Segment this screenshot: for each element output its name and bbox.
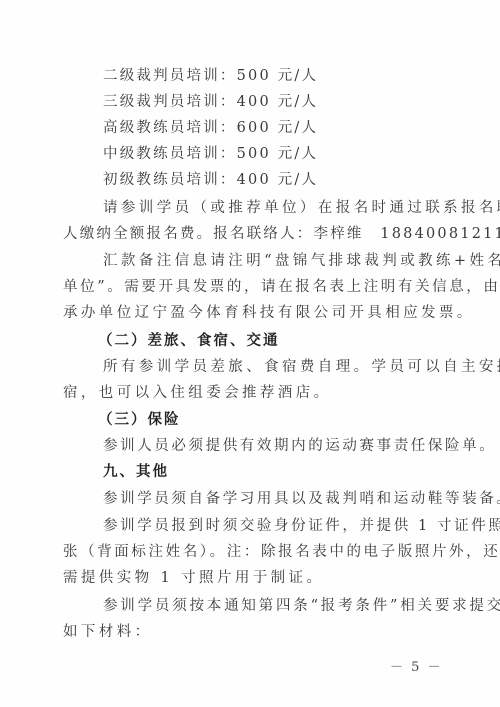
remark-paragraph-line3: 承办单位辽宁盈今体育科技有限公司开具相应发票。	[63, 303, 425, 323]
page-number: － 5 －	[390, 656, 443, 675]
remark-paragraph-line1: 汇款备注信息请注明“盘锦气排球裁判或教练+姓名或	[103, 251, 425, 271]
fee-line-coach-senior: 高级教练员培训：600 元/人	[103, 118, 425, 138]
payment-paragraph-line1: 请参训学员（或推荐单位）在报名时通过联系报名联络	[103, 198, 425, 218]
travel-paragraph-line1: 所有参训学员差旅、食宿费自理。学员可以自主安排食	[103, 357, 425, 377]
other-paragraph-equipment: 参训学员须自备学习用具以及裁判哨和运动鞋等装备。	[103, 489, 425, 509]
other-paragraph-id-line1: 参训学员报到时须交验身份证件，并提供 1 寸证件照 2	[103, 516, 425, 536]
section-heading-travel: （二）差旅、食宿、交通	[98, 331, 420, 351]
travel-paragraph-line2: 宿，也可以入住组委会推荐酒店。	[63, 383, 425, 403]
remark-paragraph-line2: 单位”。需要开具发票的，请在报名表上注明有关信息，由	[63, 277, 425, 297]
section-heading-other: 九、其他	[103, 462, 425, 482]
other-paragraph-id-line3: 需提供实物 1 寸照片用于制证。	[63, 568, 425, 588]
payment-paragraph-line2: 人缴纳全额报名费。报名联络人：李梓维 18840081211。	[63, 224, 425, 244]
document-page: 二级裁判员培训：500 元/人 三级裁判员培训：400 元/人 高级教练员培训：…	[0, 0, 500, 707]
other-paragraph-materials-line1: 参训学员须按本通知第四条“报考条件”相关要求提交	[103, 596, 425, 616]
insurance-paragraph: 参训人员必须提供有效期内的运动赛事责任保险单。	[103, 436, 425, 456]
section-heading-insurance: （三）保险	[98, 410, 420, 430]
fee-line-referee-level2: 二级裁判员培训：500 元/人	[103, 66, 425, 86]
fee-line-coach-junior: 初级教练员培训：400 元/人	[103, 170, 425, 190]
other-paragraph-id-line2: 张（背面标注姓名）。注：除报名表中的电子版照片外，还	[63, 542, 425, 562]
other-paragraph-materials-line2: 如下材料：	[63, 622, 425, 642]
fee-line-referee-level3: 三级裁判员培训：400 元/人	[103, 92, 425, 112]
fee-line-coach-intermediate: 中级教练员培训：500 元/人	[103, 144, 425, 164]
